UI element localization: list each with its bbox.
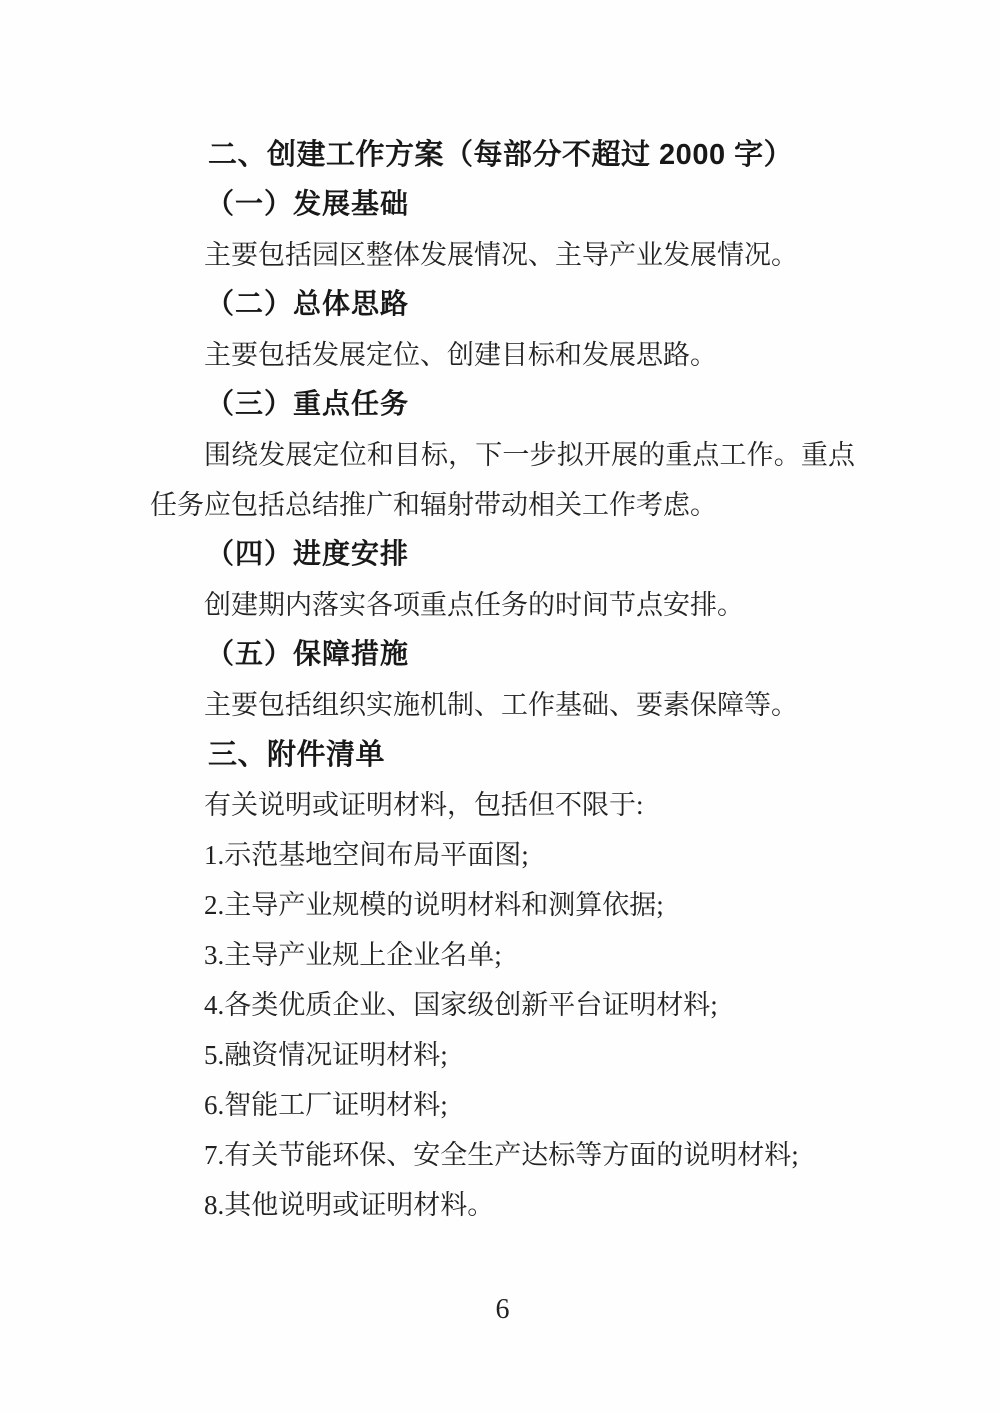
list-item-2: 2.主导产业规模的说明材料和测算依据; [150, 880, 855, 930]
paragraph: 创建期内落实各项重点任务的时间节点安排。 [150, 580, 855, 630]
list-item-1: 1.示范基地空间布局平面图; [150, 830, 855, 880]
subsection-heading-1: （一）发展基础 [150, 180, 855, 230]
list-item-7: 7.有关节能环保、安全生产达标等方面的说明材料; [150, 1130, 855, 1180]
list-item-8: 8.其他说明或证明材料。 [150, 1180, 855, 1230]
paragraph: 有关说明或证明材料，包括但不限于: [150, 780, 855, 830]
list-item-6: 6.智能工厂证明材料; [150, 1080, 855, 1130]
subsection-heading-3: （三）重点任务 [150, 380, 855, 430]
paragraph: 围绕发展定位和目标，下一步拟开展的重点工作。重点任务应包括总结推广和辐射带动相关… [150, 430, 855, 530]
section-heading-2: 二、创建工作方案（每部分不超过 2000 字） [150, 130, 855, 180]
paragraph: 主要包括组织实施机制、工作基础、要素保障等。 [150, 680, 855, 730]
list-item-3: 3.主导产业规上企业名单; [150, 930, 855, 980]
list-item-4: 4.各类优质企业、国家级创新平台证明材料; [150, 980, 855, 1030]
subsection-heading-2: （二）总体思路 [150, 280, 855, 330]
page-number: 6 [150, 1290, 855, 1330]
paragraph: 主要包括园区整体发展情况、主导产业发展情况。 [150, 230, 855, 280]
document-page: 二、创建工作方案（每部分不超过 2000 字） （一）发展基础 主要包括园区整体… [0, 0, 1000, 1414]
subsection-heading-5: （五）保障措施 [150, 630, 855, 680]
paragraph: 主要包括发展定位、创建目标和发展思路。 [150, 330, 855, 380]
list-item-5: 5.融资情况证明材料; [150, 1030, 855, 1080]
subsection-heading-4: （四）进度安排 [150, 530, 855, 580]
section-heading-3: 三、附件清单 [150, 730, 855, 780]
